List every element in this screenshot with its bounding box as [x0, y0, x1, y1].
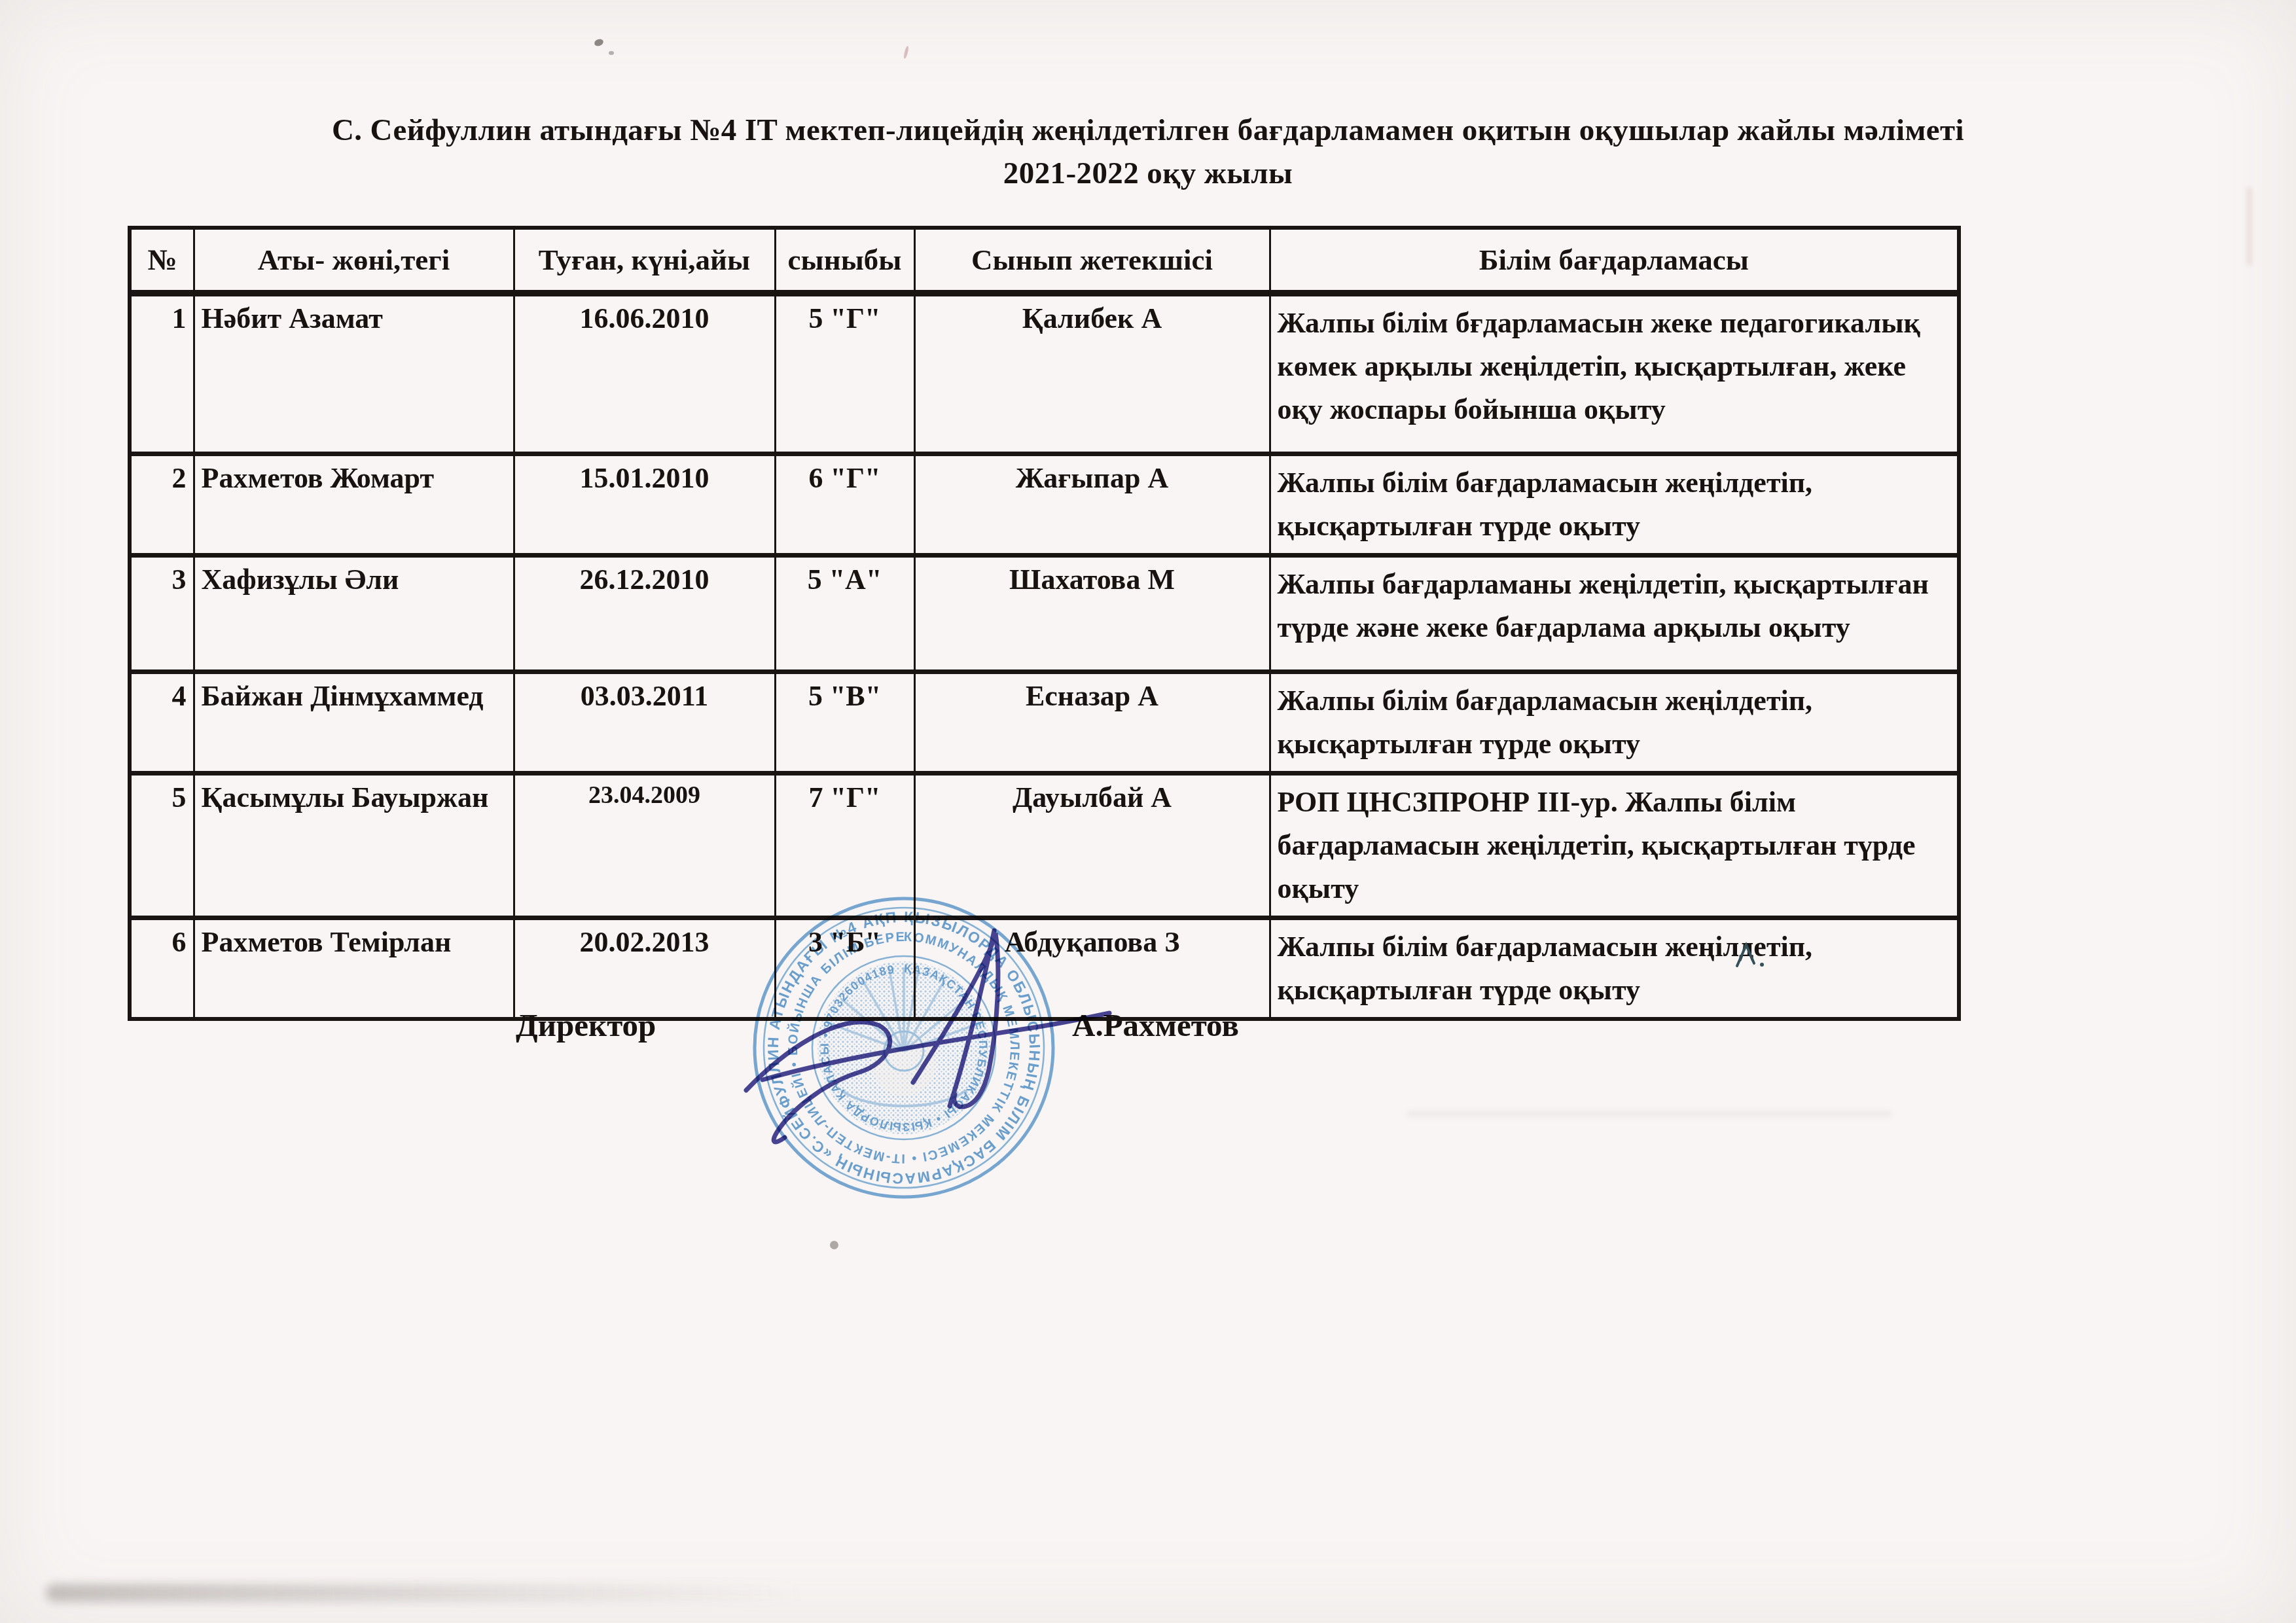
title-line-2: 2021-2022 оқу жылы — [0, 152, 2296, 195]
header-number: № — [130, 228, 194, 293]
header-education-program: Білім бағдарламасы — [1270, 228, 1959, 293]
scan-speck — [2246, 187, 2252, 266]
document-title: С. Сейфуллин атындағы №4 IT мектеп-лицей… — [0, 109, 2296, 195]
cell-grade: 5 "Г" — [775, 293, 914, 454]
cell-teacher: Қалибек А — [914, 293, 1270, 454]
table-row: 3 Хафизұлы Әли 26.12.2010 5 "А" Шахатова… — [130, 555, 1959, 671]
table-row: 1 Нәбит Азамат 16.06.2010 5 "Г" Қалибек … — [130, 293, 1959, 454]
header-birthdate: Туған, күні,айы — [514, 228, 775, 293]
scan-speck — [594, 38, 605, 47]
title-line-1: С. Сейфуллин атындағы №4 IT мектеп-лицей… — [0, 109, 2296, 152]
cell-program: Жалпы бағдарламаны жеңілдетіп, қысқартыл… — [1270, 555, 1959, 671]
table-header-row: № Аты- жөні,тегі Туған, күні,айы сыныбы … — [130, 228, 1959, 293]
director-label: Директор — [516, 1007, 656, 1044]
cell-name: Рахметов Темірлан — [194, 918, 514, 1019]
cell-teacher: Жағыпар А — [914, 454, 1270, 555]
cell-birthdate: 23.04.2009 — [514, 773, 775, 918]
cell-grade: 5 "В" — [775, 671, 914, 773]
cell-program: РОП ЦНСЗПРОНР ІІІ-ур. Жалпы білім бағдар… — [1270, 773, 1959, 918]
cell-birthdate: 26.12.2010 — [514, 555, 775, 671]
cell-number: 3 — [130, 555, 194, 671]
cell-name: Хафизұлы Әли — [194, 555, 514, 671]
header-class-teacher: Сынып жетекшісі — [914, 228, 1270, 293]
cell-number: 2 — [130, 454, 194, 555]
cell-grade: 6 "Г" — [775, 454, 914, 555]
header-name: Аты- жөні,тегі — [194, 228, 514, 293]
scan-smudge — [1407, 1111, 1892, 1116]
table-row: 4 Байжан Дінмұхаммед 03.03.2011 5 "В" Ес… — [130, 671, 1959, 773]
scan-speck — [609, 51, 614, 55]
cell-birthdate: 15.01.2010 — [514, 454, 775, 555]
header-grade: сыныбы — [775, 228, 914, 293]
cell-number: 4 — [130, 671, 194, 773]
director-signature — [717, 915, 1149, 1157]
cell-program: Жалпы білім бағдарламасын жеңілдетіп, қы… — [1270, 671, 1959, 773]
cell-number: 5 — [130, 773, 194, 918]
cell-number: 6 — [130, 918, 194, 1019]
cell-grade: 5 "А" — [775, 555, 914, 671]
cell-name: Нәбит Азамат — [194, 293, 514, 454]
cell-teacher: Есназар А — [914, 671, 1270, 773]
cell-program: Жалпы білім бағдарламасын жеңілдетіп, қы… — [1270, 918, 1959, 1019]
scan-speck — [903, 46, 910, 60]
pen-mark — [1732, 938, 1771, 971]
cell-number: 1 — [130, 293, 194, 454]
cell-name: Байжан Дінмұхаммед — [194, 671, 514, 773]
table-row: 2 Рахметов Жомарт 15.01.2010 6 "Г" Жағып… — [130, 454, 1959, 555]
scanned-document-page: С. Сейфуллин атындағы №4 IT мектеп-лицей… — [0, 0, 2296, 1623]
cell-program: Жалпы білім бғдарламасын жеке педагогика… — [1270, 293, 1959, 454]
cell-name: Қасымұлы Бауыржан — [194, 773, 514, 918]
cell-birthdate: 16.06.2010 — [514, 293, 775, 454]
scan-speck — [830, 1241, 838, 1249]
cell-program: Жалпы білім бағдарламасын жеңілдетіп, қы… — [1270, 454, 1959, 555]
scan-smudge — [46, 1584, 805, 1602]
cell-name: Рахметов Жомарт — [194, 454, 514, 555]
cell-birthdate: 03.03.2011 — [514, 671, 775, 773]
cell-teacher: Шахатова М — [914, 555, 1270, 671]
